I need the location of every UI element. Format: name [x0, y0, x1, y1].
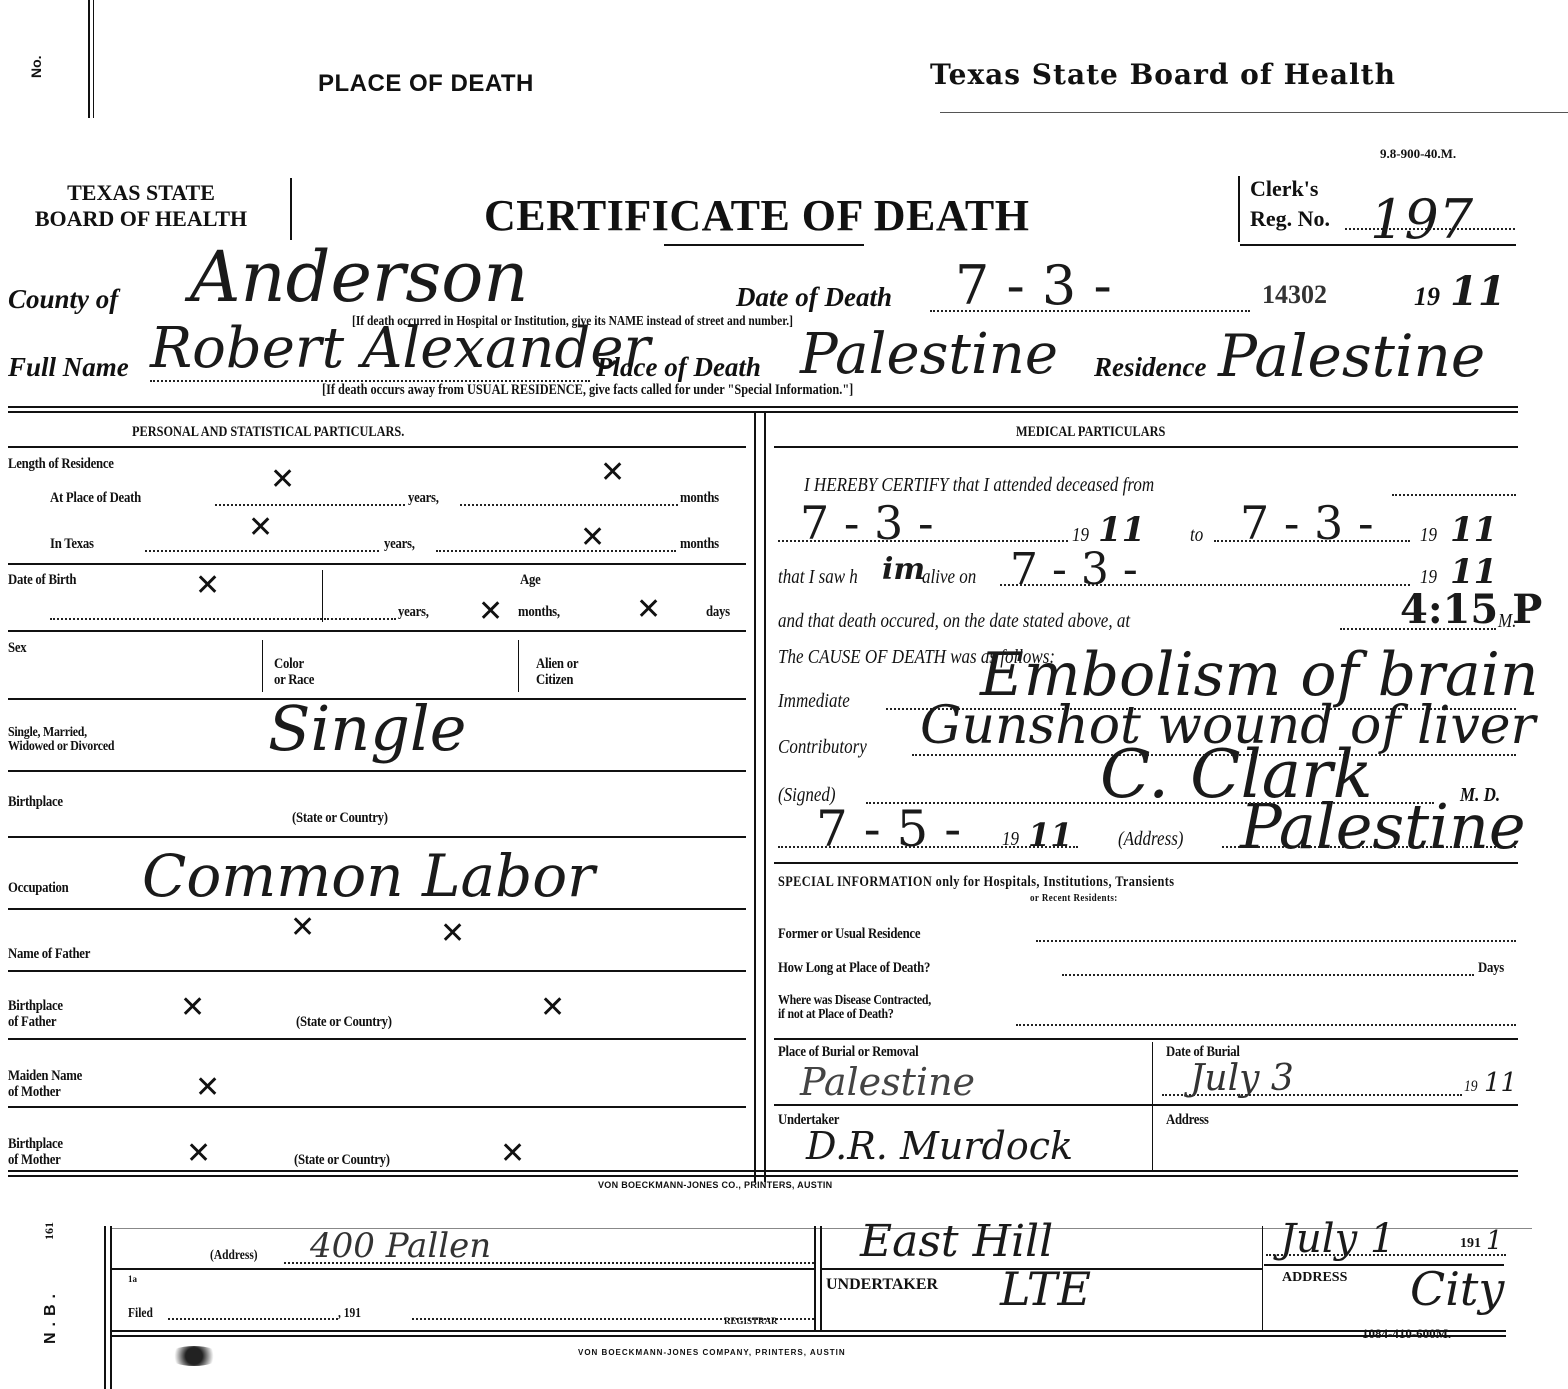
x-mark: ✕: [600, 455, 625, 490]
x-mark: ✕: [580, 520, 605, 555]
marital-label-line2: Widowed or Divorced: [8, 740, 114, 754]
county-label: County of: [8, 284, 118, 315]
x-mark: ✕: [195, 568, 220, 603]
date-year-prefix: 19: [1414, 282, 1440, 312]
special-info-title: SPECIAL INFORMATION only for Hospitals, …: [778, 874, 1174, 891]
marital-label-line1: Single, Married,: [8, 726, 114, 740]
father-birthplace-line1: Birthplace: [8, 998, 63, 1014]
registrar-label: REGISTRAR: [724, 1316, 778, 1326]
father-birthplace-hint: (State or Country): [296, 1014, 392, 1031]
medical-section-title: MEDICAL PARTICULARS: [1016, 424, 1165, 441]
column-divider: [754, 412, 756, 1182]
x-mark: ✕: [195, 1070, 220, 1105]
personal-section-title: PERSONAL AND STATISTICAL PARTICULARS.: [132, 424, 404, 441]
mother-maiden-line1: Maiden Name: [8, 1068, 82, 1084]
county-value: Anderson: [190, 236, 528, 318]
age-days-label: days: [706, 604, 730, 621]
x-mark: ✕: [540, 990, 565, 1025]
signed-date-value: 7 - 5 -: [816, 800, 961, 858]
mother-maiden-line2: of Mother: [8, 1084, 82, 1100]
section-rule-top-2: [8, 411, 1518, 413]
date-of-death-value: 7 - 3 -: [955, 254, 1112, 317]
clerk-label: Clerk's: [1250, 176, 1318, 202]
board-gothic-title: Texas State Board of Health: [930, 58, 1396, 91]
contracted-line1: Where was Disease Contracted,: [778, 994, 931, 1008]
full-name-label: Full Name: [8, 352, 129, 383]
x-mark: ✕: [270, 462, 295, 497]
section-rule-top: [8, 406, 1518, 408]
cemetery-value: East Hill: [860, 1216, 1053, 1267]
saw-alive-text-2: alive on: [922, 566, 976, 589]
nb-note: N.B.: [42, 1288, 60, 1344]
x-mark: ✕: [440, 916, 465, 951]
date-stamp: 14302: [1262, 280, 1327, 310]
physician-address-label: (Address): [1118, 828, 1183, 851]
burial-date-value: July 3: [1190, 1058, 1294, 1099]
filed-label: Filed: [128, 1306, 153, 1322]
filing-date-value: July 1: [1280, 1216, 1395, 1262]
full-name-value: Robert Alexander: [150, 316, 650, 381]
reg-no-label: Reg. No.: [1250, 206, 1330, 232]
age-months-label: months,: [518, 604, 560, 621]
attended-from-value: 7 - 3 -: [800, 496, 934, 550]
marital-status-label: Single, Married, Widowed or Divorced: [8, 726, 114, 754]
saw-alive-text: that I saw h: [778, 566, 858, 589]
immediate-cause-label: Immediate: [778, 690, 850, 713]
date-year-value: 11: [1450, 268, 1506, 315]
margin-rule: [88, 0, 90, 118]
father-birthplace-line2: of Father: [8, 1014, 63, 1030]
at-place-months-label: months: [680, 490, 719, 507]
filing-year-prefix: 191: [1460, 1236, 1481, 1252]
days-label: Days: [1478, 960, 1504, 977]
marital-status-value: Single: [268, 692, 466, 765]
index-mark: 1a: [128, 1274, 137, 1284]
board-name-line1: TEXAS STATE: [36, 180, 246, 206]
attended-to-value: 7 - 3 -: [1240, 496, 1374, 550]
color-label-line1: Color: [274, 656, 314, 672]
mother-birthplace-hint: (State or Country): [294, 1152, 390, 1169]
printer-credit: VON BOECKMANN-JONES CO., PRINTERS, AUSTI…: [598, 1180, 832, 1190]
birthplace-label: Birthplace: [8, 794, 63, 811]
margin-rule: [93, 0, 94, 118]
filing-address-right-value: City: [1410, 1262, 1504, 1316]
burial-year-prefix: 19: [1464, 1078, 1478, 1096]
saw-alive-pronoun: im: [882, 552, 925, 587]
residence-note: [If death occurs away from USUAL RESIDEN…: [322, 382, 853, 399]
special-info-title-2: or Recent Residents:: [1030, 892, 1118, 904]
filing-address-right-label: ADDRESS: [1282, 1270, 1347, 1286]
filing-undertaker-label: UNDERTAKER: [826, 1276, 938, 1294]
x-mark: ✕: [478, 594, 503, 629]
father-birthplace-label: Birthplace of Father: [8, 998, 63, 1030]
alien-label-line2: Citizen: [536, 672, 578, 688]
alien-citizen-label: Alien or Citizen: [536, 656, 578, 688]
filing-address-value: 400 Pallen: [310, 1226, 491, 1266]
age-label: Age: [520, 572, 540, 589]
sex-label: Sex: [8, 640, 26, 657]
filed-year-label: , 191: [338, 1306, 361, 1322]
x-mark: ✕: [180, 990, 205, 1025]
in-texas-months-label: months: [680, 536, 719, 553]
clerk-box-rule: [1238, 176, 1240, 242]
x-mark: ✕: [186, 1136, 211, 1171]
x-mark: ✕: [500, 1136, 525, 1171]
in-texas-years-label: years,: [384, 536, 415, 553]
residence-value: Palestine: [1218, 322, 1485, 390]
how-long-label: How Long at Place of Death?: [778, 960, 930, 977]
attended-to-year-prefix: 19: [1420, 524, 1437, 547]
stub-index-number: 161: [42, 1222, 57, 1240]
mother-maiden-name-label: Maiden Name of Mother: [8, 1068, 82, 1100]
filing-form-code: 1084-410-600M.: [1362, 1326, 1451, 1342]
filing-year-value: 1: [1486, 1226, 1503, 1256]
age-years-label: years,: [398, 604, 429, 621]
in-texas-label: In Texas: [50, 536, 94, 553]
place-of-death-label: Place of Death: [596, 352, 761, 383]
residence-label: Residence: [1094, 352, 1206, 383]
signed-year-prefix: 19: [1002, 828, 1019, 851]
birthplace-hint: (State or Country): [292, 810, 388, 827]
place-of-death-heading: PLACE OF DEATH: [318, 70, 534, 98]
filing-address-label: (Address): [210, 1248, 258, 1264]
union-label-emblem-icon: [168, 1346, 220, 1366]
title-underline: [664, 244, 864, 246]
color-label-line2: or Race: [274, 672, 314, 688]
date-of-death-label: Date of Death: [736, 282, 892, 313]
time-of-death-value: 4:15 P: [1400, 586, 1542, 633]
place-of-death-value: Palestine: [800, 322, 1058, 387]
board-name-line2: BOARD OF HEALTH: [6, 206, 276, 232]
stub-number-label: No.: [28, 55, 44, 78]
filing-printer-credit: VON BOECKMANN-JONES COMPANY, PRINTERS, A…: [578, 1348, 846, 1357]
certify-text: I HEREBY CERTIFY that I attended decease…: [804, 474, 1154, 497]
length-of-residence-label: Length of Residence: [8, 456, 114, 473]
saw-alive-value: 7 - 3 -: [1010, 544, 1138, 595]
x-mark: ✕: [248, 510, 273, 545]
occupation-value: Common Labor: [142, 842, 595, 910]
burial-place-value: Palestine: [800, 1060, 975, 1104]
form-code: 9.8-900-40.M.: [1380, 146, 1456, 162]
alien-label-line1: Alien or: [536, 656, 578, 672]
disease-contracted-label: Where was Disease Contracted, if not at …: [778, 994, 931, 1022]
death-occurred-text: and that death occured, on the date stat…: [778, 610, 1130, 633]
color-race-label: Color or Race: [274, 656, 314, 688]
contributory-cause-label: Contributory: [778, 736, 867, 759]
filing-undertaker-value: LTE: [1000, 1262, 1091, 1316]
former-residence-label: Former or Usual Residence: [778, 926, 920, 943]
header-rule: [940, 112, 1568, 113]
at-place-of-death-label: At Place of Death: [50, 490, 141, 507]
board-box-rule: [290, 178, 292, 240]
attended-to-year: 11: [1450, 510, 1497, 550]
reg-no-value: 197: [1370, 188, 1473, 251]
contracted-line2: if not at Place of Death?: [778, 1008, 931, 1022]
to-label: to: [1190, 524, 1203, 547]
x-mark: ✕: [636, 592, 661, 627]
undertaker-value: D.R. Murdock: [806, 1124, 1073, 1168]
clerk-box-bottom: [1240, 244, 1516, 246]
burial-place-label: Place of Burial or Removal: [778, 1044, 918, 1061]
x-mark: ✕: [290, 910, 315, 945]
mother-birthplace-line2: of Mother: [8, 1152, 63, 1168]
physician-address-value: Palestine: [1240, 790, 1526, 863]
date-of-birth-label: Date of Birth: [8, 572, 76, 589]
certificate-title: CERTIFICATE OF DEATH: [484, 190, 1029, 241]
time-suffix: M.: [1498, 610, 1516, 633]
burial-year: 11: [1484, 1068, 1517, 1098]
column-divider-2: [764, 412, 766, 1182]
mother-birthplace-label: Birthplace of Mother: [8, 1136, 63, 1168]
occupation-label: Occupation: [8, 880, 69, 897]
signed-year: 11: [1028, 816, 1073, 854]
father-name-label: Name of Father: [8, 946, 90, 963]
board-name: TEXAS STATE BOARD OF HEALTH: [36, 180, 246, 232]
at-place-years-label: years,: [408, 490, 439, 507]
mother-birthplace-line1: Birthplace: [8, 1136, 63, 1152]
undertaker-address-label: Address: [1166, 1112, 1209, 1129]
